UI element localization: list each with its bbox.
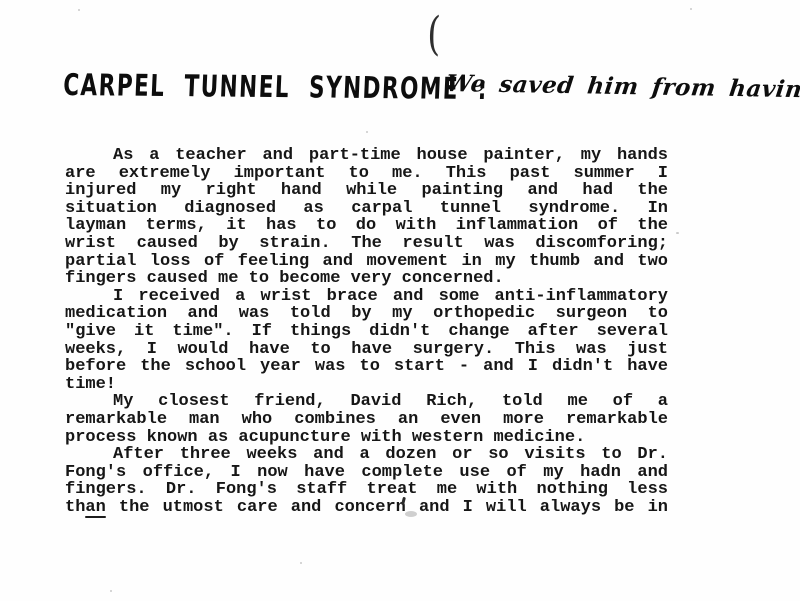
text-line: My closest friend, David Rich, told me o… <box>65 393 668 411</box>
smudge-artifact <box>405 511 417 517</box>
scan-speck <box>690 8 692 10</box>
text-line: are extremely important to me. This past… <box>65 165 668 183</box>
text-line: medication and was told by my orthopedic… <box>65 305 668 323</box>
paragraph-3: My closest friend, David Rich, told me o… <box>65 393 668 446</box>
document-body: As a teacher and part-time house painter… <box>65 147 668 516</box>
pen-underline-artifact <box>85 516 106 518</box>
text-line: I received a wrist brace and some anti-i… <box>65 288 668 306</box>
scanned-document-page: ( CARPEL TUNNEL SYNDROME : We saved him … <box>0 0 800 601</box>
scan-speck <box>78 9 80 11</box>
text-line: time! <box>65 376 668 394</box>
text-line: layman terms, it has to do with inflamma… <box>65 217 668 235</box>
document-title-handprint: CARPEL TUNNEL SYNDROME : <box>63 68 489 107</box>
text-line: As a teacher and part-time house painter… <box>65 147 668 165</box>
text-line: Fong's office, I now have complete use o… <box>65 464 668 482</box>
scan-speck <box>110 590 112 592</box>
stray-pen-mark: ( <box>427 6 442 61</box>
text-line: wrist caused by strain. The result was d… <box>65 235 668 253</box>
text-line: fingers. Dr. Fong's staff treat me with … <box>65 481 668 499</box>
paragraph-2: I received a wrist brace and some anti-i… <box>65 288 668 394</box>
text-line: than the utmost care and concern and I w… <box>65 499 668 517</box>
text-line: remarkable man who combines an even more… <box>65 411 668 429</box>
text-line: weeks, I would have to have surgery. Thi… <box>65 341 668 359</box>
scan-speck <box>366 131 368 133</box>
text-line: After three weeks and a dozen or so visi… <box>65 446 668 464</box>
text-line: partial loss of feeling and movement in … <box>65 253 668 271</box>
text-line: "give it time". If things didn't change … <box>65 323 668 341</box>
text-line: process known as acupuncture with wester… <box>65 429 668 447</box>
paragraph-4: After three weeks and a dozen or so visi… <box>65 446 668 516</box>
text-line: fingers caused me to become very concern… <box>65 270 668 288</box>
text-line: injured my right hand while painting and… <box>65 182 668 200</box>
paragraph-1: As a teacher and part-time house painter… <box>65 147 668 288</box>
document-title-cursive: We saved him from having Surgery <box>445 70 800 106</box>
text-line: before the school year was to start - an… <box>65 358 668 376</box>
text-line: situation diagnosed as carpal tunnel syn… <box>65 200 668 218</box>
scan-speck <box>300 562 302 564</box>
scan-speck <box>676 232 679 234</box>
